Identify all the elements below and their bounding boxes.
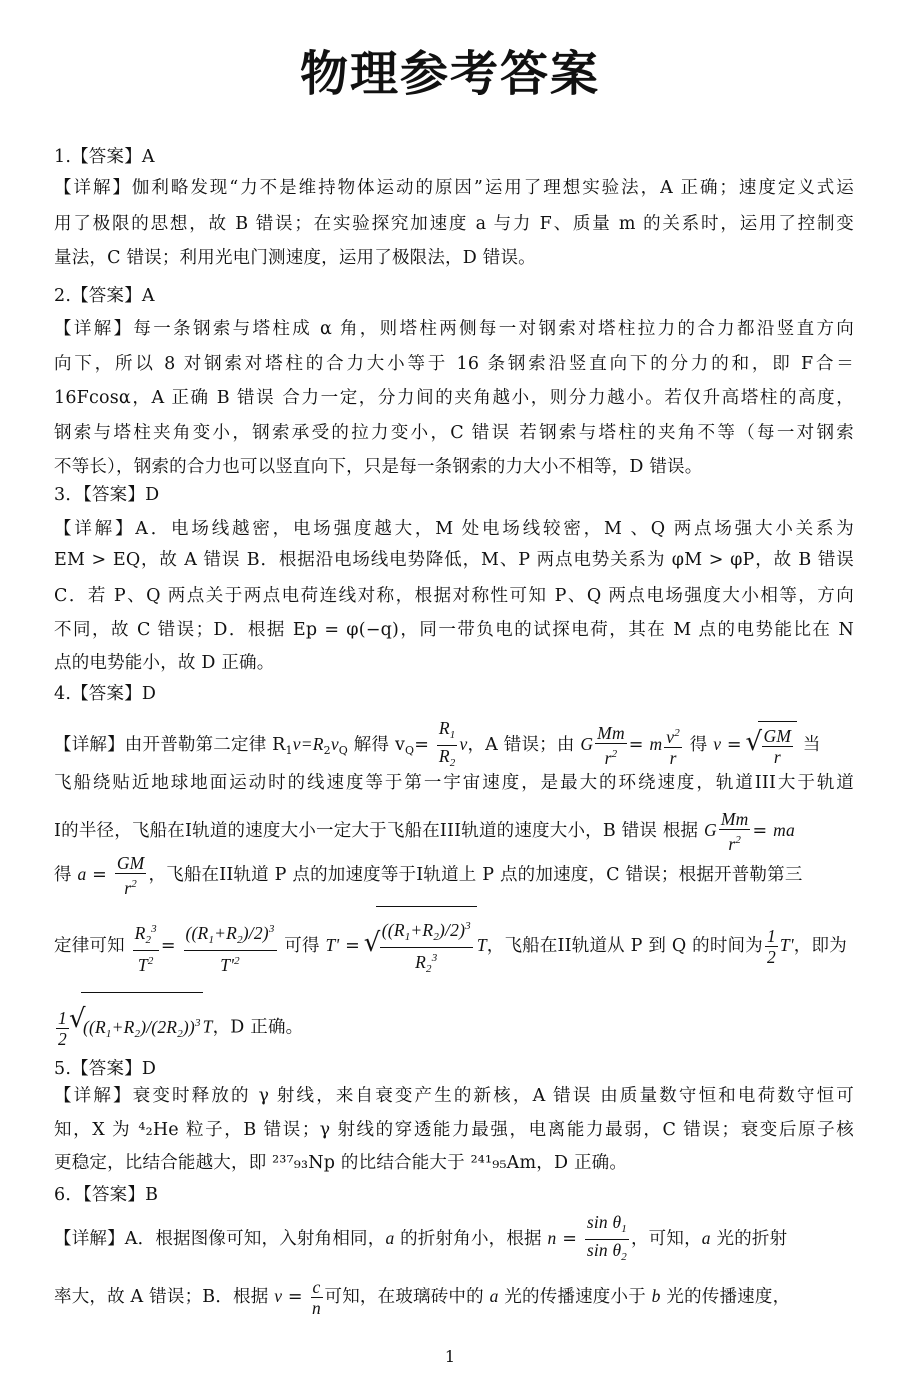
answer-4-detail-line-4: 得 a = GMr2，飞船在II轨道 P 点的加速度等于I轨道上 P 点的加速度… bbox=[54, 850, 854, 898]
answer-4-detail-line: 飞船绕贴近地球地面运动时的线速度等于第一宇宙速度，是最大的环绕速度，轨道III大… bbox=[54, 771, 854, 795]
text: ，可知， bbox=[631, 1229, 702, 1249]
answer-3-detail-line: EM > EQ，故 A 错误 B．根据沿电场线电势降低，M、P 两点电势关系为 … bbox=[54, 548, 854, 572]
answer-1-header: 1.【答案】A bbox=[54, 145, 854, 169]
text: 可知，在玻璃砖中的 bbox=[325, 1287, 490, 1307]
text: I的半径，飞船在I轨道的速度大小一定大于飞船在III轨道的速度大小，B 错误 根… bbox=[54, 821, 704, 841]
answer-2-detail-line: 钢索与塔柱夹角变小，钢索承受的拉力变小，C 错误 若钢索与塔柱的夹角不等（每一对… bbox=[54, 421, 854, 445]
text: ，即为 bbox=[794, 936, 847, 956]
answer-2-detail-line: 【详解】每一条钢索与塔柱成 α 角，则塔柱两侧每一对钢索对塔柱拉力的合力都沿竖直… bbox=[54, 317, 854, 341]
text: ，D 正确。 bbox=[213, 1018, 304, 1038]
text: 可得 bbox=[279, 936, 326, 956]
fraction-gm-over-r2: GMr2 bbox=[115, 853, 147, 898]
text: 的折射角小，根据 bbox=[394, 1229, 547, 1249]
text: 光的传播速度小于 bbox=[499, 1287, 652, 1307]
fraction-c-over-n: cn bbox=[311, 1277, 323, 1318]
text: 解得 v bbox=[348, 735, 405, 755]
answer-3-detail-line: 点的电势能小，故 D 正确。 bbox=[54, 651, 854, 675]
answer-4-detail-line-6: 12((R1+R2)/(2R2))3T，D 正确。 bbox=[54, 992, 854, 1052]
answer-6-detail-line-2: 率大，故 A 错误；B．根据 v = cn可知，在玻璃砖中的 a 光的传播速度小… bbox=[54, 1273, 854, 1319]
text: 得 bbox=[54, 865, 77, 885]
answer-5-detail-line: 更稳定，比结合能越大，即 ²³⁷₉₃Np 的比结合能大于 ²⁴¹₉₅Am，D 正… bbox=[54, 1151, 854, 1175]
text: ，飞船在II轨道从 P 到 Q 的时间为 bbox=[487, 936, 763, 956]
fraction-snell: sin θ1sin θ2 bbox=[585, 1212, 629, 1267]
sqrt-result: ((R1+R2)/(2R2))3 bbox=[81, 992, 203, 1064]
page-number: 1 bbox=[0, 1347, 900, 1366]
sqrt-gm-over-r: GMr bbox=[758, 721, 798, 770]
text: 【详解】A．根据图像可知，入射角相同， bbox=[54, 1229, 385, 1249]
fraction-one-half: 12 bbox=[56, 1008, 69, 1049]
answer-3-detail-line: 【详解】A．电场线越密，电场强度越大，M 处电场线较密，M 、Q 两点场强大小关… bbox=[54, 517, 854, 541]
answer-1-detail-line: 【详解】伽利略发现“力不是维持物体运动的原因”运用了理想实验法，A 正确；速度定… bbox=[54, 176, 854, 200]
text: 【详解】由开普勒第二定律 R bbox=[54, 735, 286, 755]
text: 光的折射 bbox=[711, 1229, 788, 1249]
text: ，A 错误；由 bbox=[467, 735, 580, 755]
fraction-r1-over-r2: R1R2 bbox=[437, 718, 458, 773]
answer-6-header: 6．【答案】B bbox=[54, 1183, 854, 1207]
answer-1-detail-line: 用了极限的思想，故 B 错误；在实验探究加速度 a 与力 F、质量 m 的关系时… bbox=[54, 212, 854, 236]
answer-4-detail-line-3: I的半径，飞船在I轨道的速度大小一定大于飞船在III轨道的速度大小，B 错误 根… bbox=[54, 806, 854, 854]
answer-2-detail-line: 不等长），钢索的合力也可以竖直向下，只是每一条钢索的力大小不相等，D 错误。 bbox=[54, 455, 854, 479]
answer-3-detail-line: C．若 P、Q 两点关于两点电荷连线对称，根据对称性可知 P、Q 两点电场强度大… bbox=[54, 584, 854, 608]
answer-5-detail-line: 知，X 为 ⁴₂He 粒子，B 错误；γ 射线的穿透能力最强，电离能力最弱，C … bbox=[54, 1118, 854, 1142]
answer-4-header: 4.【答案】D bbox=[54, 682, 854, 706]
text: = bbox=[414, 735, 429, 755]
fraction-v2-over-r: v2r bbox=[664, 723, 682, 768]
text: ，飞船在II轨道 P 点的加速度等于I轨道上 P 点的加速度，C 错误；根据开普… bbox=[148, 865, 802, 885]
text: 定律可知 bbox=[54, 936, 131, 956]
answer-3-header: 3．【答案】D bbox=[54, 483, 854, 507]
text: v bbox=[331, 734, 339, 754]
text: v=R bbox=[293, 734, 324, 754]
text: 率大，故 A 错误；B．根据 bbox=[54, 1287, 274, 1307]
text: 得 bbox=[684, 735, 713, 755]
text: 光的传播速度， bbox=[661, 1287, 791, 1307]
text: 当 bbox=[797, 735, 820, 755]
answer-4-detail-line-5: 定律可知 R23T2= ((R1+R2)/2)3T'2 可得 T' = ((R1… bbox=[54, 905, 854, 985]
answer-1-detail-line: 量法，C 错误；利用光电门测速度，运用了极限法，D 错误。 bbox=[54, 246, 854, 270]
sqrt-period-ratio: ((R1+R2)/2)3R23 bbox=[376, 906, 477, 987]
answer-6-detail-line-1: 【详解】A．根据图像可知，入射角相同，a 的折射角小，根据 n = sin θ1… bbox=[54, 1212, 854, 1262]
page-title: 物理参考答案 bbox=[0, 42, 900, 106]
answer-4-detail-line-1: 【详解】由开普勒第二定律 R1v=R2vQ 解得 vQ= R1R2v，A 错误；… bbox=[54, 718, 854, 766]
fraction-one-half: 12 bbox=[765, 926, 778, 967]
fraction-kepler-right: ((R1+R2)/2)3T'2 bbox=[184, 919, 277, 975]
answer-2-detail-line: 16Fcosα，A 正确 B 错误 合力一定，分力间的夹角越小，则分力越小。若仅… bbox=[54, 386, 854, 410]
fraction-mm-over-r2: Mmr2 bbox=[719, 809, 751, 854]
answer-5-detail-line: 【详解】衰变时释放的 γ 射线，来自衰变产生的新核，A 错误 由质量数守恒和电荷… bbox=[54, 1084, 854, 1108]
answer-3-detail-line: 不同，故 C 错误；D．根据 Ep = φ(−q)，同一带负电的试探电荷，其在 … bbox=[54, 618, 854, 642]
fraction-kepler-left: R23T2 bbox=[133, 919, 159, 975]
answer-2-header: 2.【答案】A bbox=[54, 284, 854, 308]
answer-5-header: 5.【答案】D bbox=[54, 1057, 854, 1081]
answer-2-detail-line: 向下，所以 8 对钢索对塔柱的合力大小等于 16 条钢索沿竖直向下的分力的和，即… bbox=[54, 352, 854, 376]
fraction-mm-over-r2: Mmr2 bbox=[595, 723, 627, 768]
